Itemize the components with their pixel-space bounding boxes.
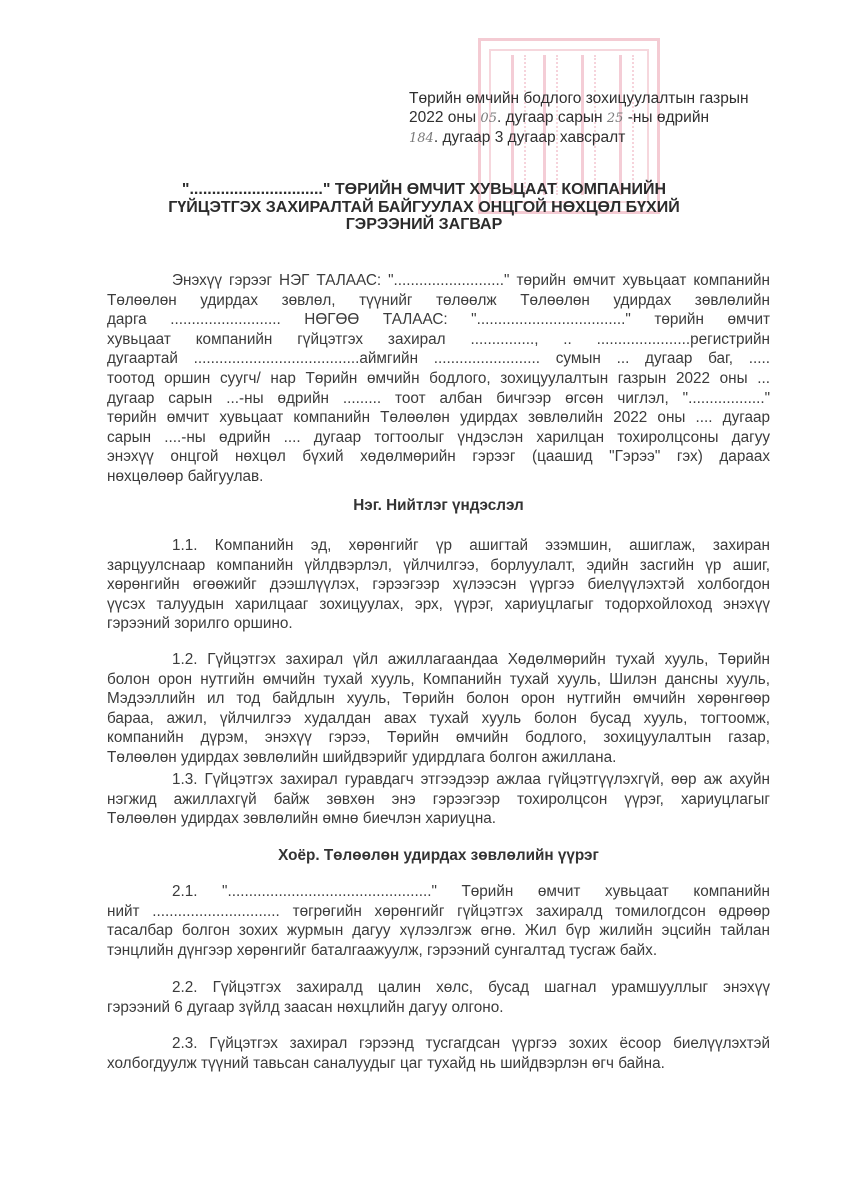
clause-1-1: 1.1. Компанийн эд, хөрөнгийг үр ашигтай … xyxy=(107,536,770,634)
section-heading-2: Хоёр. Төлөөлөн удирдах зөвлөлийн үүрэг xyxy=(107,847,770,865)
text-line: тэнцлийн дүнгээр хөрөнгийг баталгаажуулж… xyxy=(107,941,770,961)
text-line: дугаартай ..............................… xyxy=(107,349,770,369)
text-line: зарцуулснаар компанийн үйлдвэрлэл, үйлчи… xyxy=(107,556,770,576)
text-line: сарын ....-ны өдрийн .... дугаар тогтоол… xyxy=(107,428,770,448)
text-line: нөхцөлөөр байгуулав. xyxy=(107,467,770,487)
clause-1-3: 1.3. Гүйцэтгэх захирал гуравдагч этгээдэ… xyxy=(107,770,770,829)
text-line: болон орон нутгийн өмчийн тухай хууль, К… xyxy=(107,670,770,690)
text-line: Төлөөлөн удирдах зөвлөлийн шийдвэрийг уд… xyxy=(107,748,770,768)
annex-text: . дугаар сарын xyxy=(497,109,607,126)
clause-1-2: 1.2. Гүйцэтгэх захирал үйл ажиллагаандаа… xyxy=(107,650,770,768)
text-line: энэхүү онцгой нөхцөл бүхий хөдөлмөрийн г… xyxy=(107,447,770,467)
handwritten-month: 05 xyxy=(480,111,497,126)
text-line: компанийн дүрэм, энэхүү гэрээ, Төрийн өм… xyxy=(107,728,770,748)
clause-2-1: 2.1. "..................................… xyxy=(107,882,770,960)
text-line: нэгжид ажиллахгүй байж зөвхөн энэ гэрээг… xyxy=(107,790,770,810)
text-line: гэрээний зорилго оршино. xyxy=(107,614,770,634)
clause-2-3: 2.3. Гүйцэтгэх захирал гэрээнд тусгагдса… xyxy=(107,1034,770,1073)
text-line: хувьцаат компанийн гүйцэтгэх захирал ...… xyxy=(107,330,770,350)
annex-line-3: 184. дугаар 3 дугаар хавсралт xyxy=(409,128,749,148)
title-line-1: ".............................." ТӨРИЙН … xyxy=(100,181,748,199)
text-line: Мэдээллийн ил тод байдлын хууль, Төрийн … xyxy=(107,689,770,709)
annex-text: -ны өдрийн xyxy=(623,109,709,126)
document-title: ".............................." ТӨРИЙН … xyxy=(100,181,748,234)
text-line: 2.1. "..................................… xyxy=(107,882,770,902)
text-line: 1.2. Гүйцэтгэх захирал үйл ажиллагаандаа… xyxy=(107,650,770,670)
text-line: төрийн өмчит хувьцаат компанийн Төлөөлөн… xyxy=(107,408,770,428)
text-line: 2.3. Гүйцэтгэх захирал гэрээнд тусгагдса… xyxy=(107,1034,770,1054)
text-line: Энэхүү гэрээг НЭГ ТАЛААС: ".............… xyxy=(107,271,770,291)
text-line: дарга .......................... НӨГӨӨ Т… xyxy=(107,310,770,330)
intro-paragraph: Энэхүү гэрээг НЭГ ТАЛААС: ".............… xyxy=(107,271,770,487)
text-line: дугаар сарын ...-ны өдрийн ......... тоо… xyxy=(107,389,770,409)
annex-line-2: 2022 оны 05. дугаар сарын 25 -ны өдрийн xyxy=(409,108,749,128)
text-line: гэрээний 6 дугаар зүйлд заасан нөхцлийн … xyxy=(107,998,770,1018)
text-line: тоотод оршин суугч/ нар Төрийн өмчийн бо… xyxy=(107,369,770,389)
text-line: 1.1. Компанийн эд, хөрөнгийг үр ашигтай … xyxy=(107,536,770,556)
annex-reference: Төрийн өмчийн бодлого зохицуулалтын газр… xyxy=(409,89,749,148)
document-page: Төрийн өмчийн бодлого зохицуулалтын газр… xyxy=(0,0,848,1200)
text-line: Төлөөлөн удирдах зөвлөлийн өмнө биечлэн … xyxy=(107,809,770,829)
handwritten-day: 25 xyxy=(607,111,624,126)
text-line: нийт .............................. төгр… xyxy=(107,902,770,922)
text-line: үүсэх талуудын харилцааг зохицуулах, эрх… xyxy=(107,595,770,615)
text-line: 2.2. Гүйцэтгэх захиралд цалин хөлс, буса… xyxy=(107,978,770,998)
annex-text: 2022 оны xyxy=(409,109,480,126)
text-line: тасалбар болгон зохих журмын дагуу хүлээ… xyxy=(107,921,770,941)
text-line: 1.3. Гүйцэтгэх захирал гуравдагч этгээдэ… xyxy=(107,770,770,790)
annex-text: . дугаар 3 дугаар хавсралт xyxy=(434,129,625,146)
title-line-3: ГЭРЭЭНИЙ ЗАГВАР xyxy=(100,216,748,234)
text-line: холбогдуулж түүний тавьсан саналуудыг ца… xyxy=(107,1054,770,1074)
title-line-2: ГҮЙЦЭТГЭХ ЗАХИРАЛТАЙ БАЙГУУЛАХ ОНЦГОЙ НӨ… xyxy=(100,199,748,217)
handwritten-number: 184 xyxy=(409,131,434,146)
clause-2-2: 2.2. Гүйцэтгэх захиралд цалин хөлс, буса… xyxy=(107,978,770,1017)
text-line: бараа, ажил, үйлчилгээ худалдан авах тух… xyxy=(107,709,770,729)
section-heading-1: Нэг. Нийтлэг үндэслэл xyxy=(107,497,770,515)
text-line: хөрөнгийн өгөөжийг дээшлүүлэх, гэрээгээр… xyxy=(107,575,770,595)
annex-line-1: Төрийн өмчийн бодлого зохицуулалтын газр… xyxy=(409,89,749,108)
text-line: Төлөөлөн удирдах зөвлөл, түүнийг төлөөлж… xyxy=(107,291,770,311)
